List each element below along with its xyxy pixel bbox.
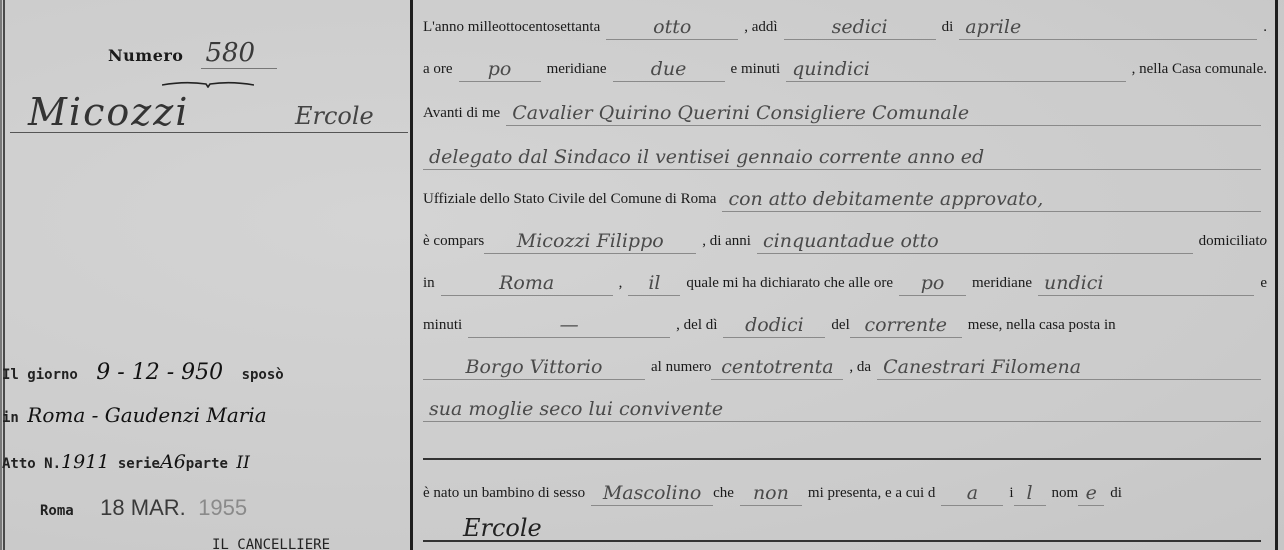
birth-record-form: L'anno milleottocentosettanta otto , add…	[413, 0, 1275, 550]
flourish-ornament-icon	[162, 80, 254, 88]
form-line-registry: Uffiziale dello Stato Civile del Comune …	[423, 182, 1267, 212]
house-number-field: centotrenta	[711, 355, 843, 380]
scanned-document-page: Numero 580 Micozzi Ercole Il giorno 9 - …	[0, 0, 1284, 550]
form-line-declarant: è compars Micozzi Filippo , di anni cinq…	[423, 224, 1267, 254]
form-line-blank	[423, 430, 1267, 460]
blank-field	[423, 458, 1261, 460]
atto-label: Atto N.	[2, 456, 61, 472]
article-field: il	[628, 271, 680, 296]
printed-text: ,	[619, 275, 623, 296]
printed-text: , da	[849, 359, 871, 380]
approval-field: con atto debitamente approvato,	[722, 187, 1261, 212]
margin-column: Numero 580 Micozzi Ercole Il giorno 9 - …	[0, 0, 410, 550]
printed-text: meridiane	[547, 61, 607, 82]
printed-text: che	[713, 485, 734, 506]
residence-field: Roma	[441, 271, 613, 296]
registrant-name: Micozzi Ercole	[10, 96, 408, 133]
delegation-field: delegato dal Sindaco il ventisei gennaio…	[423, 145, 1261, 170]
annotation-label: sposò	[242, 367, 284, 383]
record-number: Numero 580	[108, 38, 277, 69]
day-field: sedici	[784, 15, 936, 40]
declarant-age-field: cinquantadue otto	[757, 229, 1193, 254]
atto-number: 1911	[61, 451, 109, 473]
surname: Micozzi	[28, 90, 189, 134]
stamp-place: Roma	[40, 503, 74, 519]
printed-text: Uffiziale dello Stato Civile del Comune …	[423, 191, 716, 212]
printed-text: di	[942, 19, 954, 40]
sex-field: Mascolino	[591, 481, 713, 506]
numero-label: Numero	[108, 46, 183, 65]
mother-name-field: Canestrari Filomena	[877, 355, 1261, 380]
month-field: aprile	[959, 15, 1257, 40]
marriage-date: 9 - 12 - 950	[96, 360, 223, 385]
minutes-field: quindici	[786, 57, 1126, 82]
serie-value: A6	[160, 451, 186, 473]
parte-label: parte	[186, 456, 228, 472]
printed-text: meridiane	[972, 275, 1032, 296]
child-name-field: Ercole	[423, 516, 1261, 542]
printed-text: e minuti	[731, 61, 781, 82]
form-line-residence: in Roma , il quale mi ha dichiarato che …	[423, 266, 1267, 296]
marriage-annotation-line3: Atto N.1911 serieA6parte II	[2, 451, 250, 473]
stamp-date: 18 MAR.	[100, 495, 186, 520]
printed-text: in	[423, 275, 435, 296]
street-field: Borgo Vittorio	[423, 355, 645, 380]
form-line-birth-date: minuti — , del dì dodici del corrente me…	[423, 308, 1267, 338]
printed-text: e	[1260, 275, 1267, 296]
birth-minutes-field: —	[468, 313, 670, 338]
printed-text: mi presenta, e a cui d	[808, 485, 935, 506]
current-month-field: corrente	[850, 313, 962, 338]
stamp-year: 1955	[198, 495, 247, 520]
serie-label: serie	[118, 456, 160, 472]
year-field: otto	[606, 15, 738, 40]
printed-text: , addì	[744, 19, 777, 40]
officer-field: Cavalier Quirino Querini Consigliere Com…	[506, 101, 1261, 126]
printed-text: Avanti di me	[423, 105, 500, 126]
printed-text: del	[831, 317, 849, 338]
form-line-address: Borgo Vittorio al numero centotrenta , d…	[423, 350, 1267, 380]
birth-day-field: dodici	[723, 313, 825, 338]
annotation-label: Il giorno	[2, 367, 78, 383]
article-suffix-field: a	[941, 481, 1003, 506]
birth-hour-field: undici	[1038, 271, 1254, 296]
presented-field: non	[740, 481, 802, 506]
marriage-annotation-line1: Il giorno 9 - 12 - 950 sposò	[2, 360, 284, 385]
printed-text: , nella Casa comunale.	[1132, 61, 1267, 82]
printed-text: , del dì	[676, 317, 717, 338]
form-line-delegation: delegato dal Sindaco il ventisei gennaio…	[423, 140, 1267, 170]
form-line-child-name: Ercole	[423, 512, 1267, 542]
annotation-label: in	[2, 410, 19, 426]
printed-text: al numero	[651, 359, 711, 380]
right-border	[1275, 0, 1278, 550]
form-line-child-sex: è nato un bambino di sesso Mascolino che…	[423, 476, 1267, 506]
cancelliere-signature: IL CANCELLIERE	[212, 537, 330, 550]
printed-text: , di anni	[702, 233, 751, 254]
date-stamp: Roma 18 MAR. 1955	[40, 495, 247, 521]
mother-relation-field: sua moglie seco lui convivente	[423, 397, 1261, 422]
numero-value: 580	[201, 38, 277, 69]
form-line-time: a ore po meridiane due e minuti quindici…	[423, 52, 1267, 82]
hour-field: due	[613, 57, 725, 82]
given-name: Ercole	[295, 102, 374, 130]
marriage-place-spouse: Roma - Gaudenzi Maria	[27, 403, 266, 427]
printed-text: è compars	[423, 233, 484, 254]
form-line-mother-relation: sua moglie seco lui convivente	[423, 392, 1267, 422]
parte-value: II	[236, 453, 249, 473]
printed-text: nom	[1052, 485, 1079, 506]
name-suffix-field: e	[1078, 481, 1104, 506]
printed-text: domiciliat	[1199, 233, 1260, 254]
printed-text: minuti	[423, 317, 462, 338]
gender-suffix: o	[1260, 233, 1268, 254]
form-line-year: L'anno milleottocentosettanta otto , add…	[423, 10, 1267, 40]
form-line-officer: Avanti di me Cavalier Quirino Querini Co…	[423, 96, 1267, 126]
marriage-annotation-line2: in Roma - Gaudenzi Maria	[2, 403, 267, 427]
article-suffix-field: l	[1014, 481, 1046, 506]
printed-text: di	[1110, 485, 1122, 506]
printed-text: a ore	[423, 61, 453, 82]
ante-post-field: po	[459, 57, 541, 82]
birth-ante-post-field: po	[899, 271, 966, 296]
printed-text: L'anno milleottocentosettanta	[423, 19, 600, 40]
printed-text: è nato un bambino di sesso	[423, 485, 585, 506]
printed-text: quale mi ha dichiarato che alle ore	[686, 275, 893, 296]
declarant-name-field: Micozzi Filippo	[484, 229, 696, 254]
printed-text: mese, nella casa posta in	[968, 317, 1116, 338]
printed-text: .	[1263, 19, 1267, 40]
